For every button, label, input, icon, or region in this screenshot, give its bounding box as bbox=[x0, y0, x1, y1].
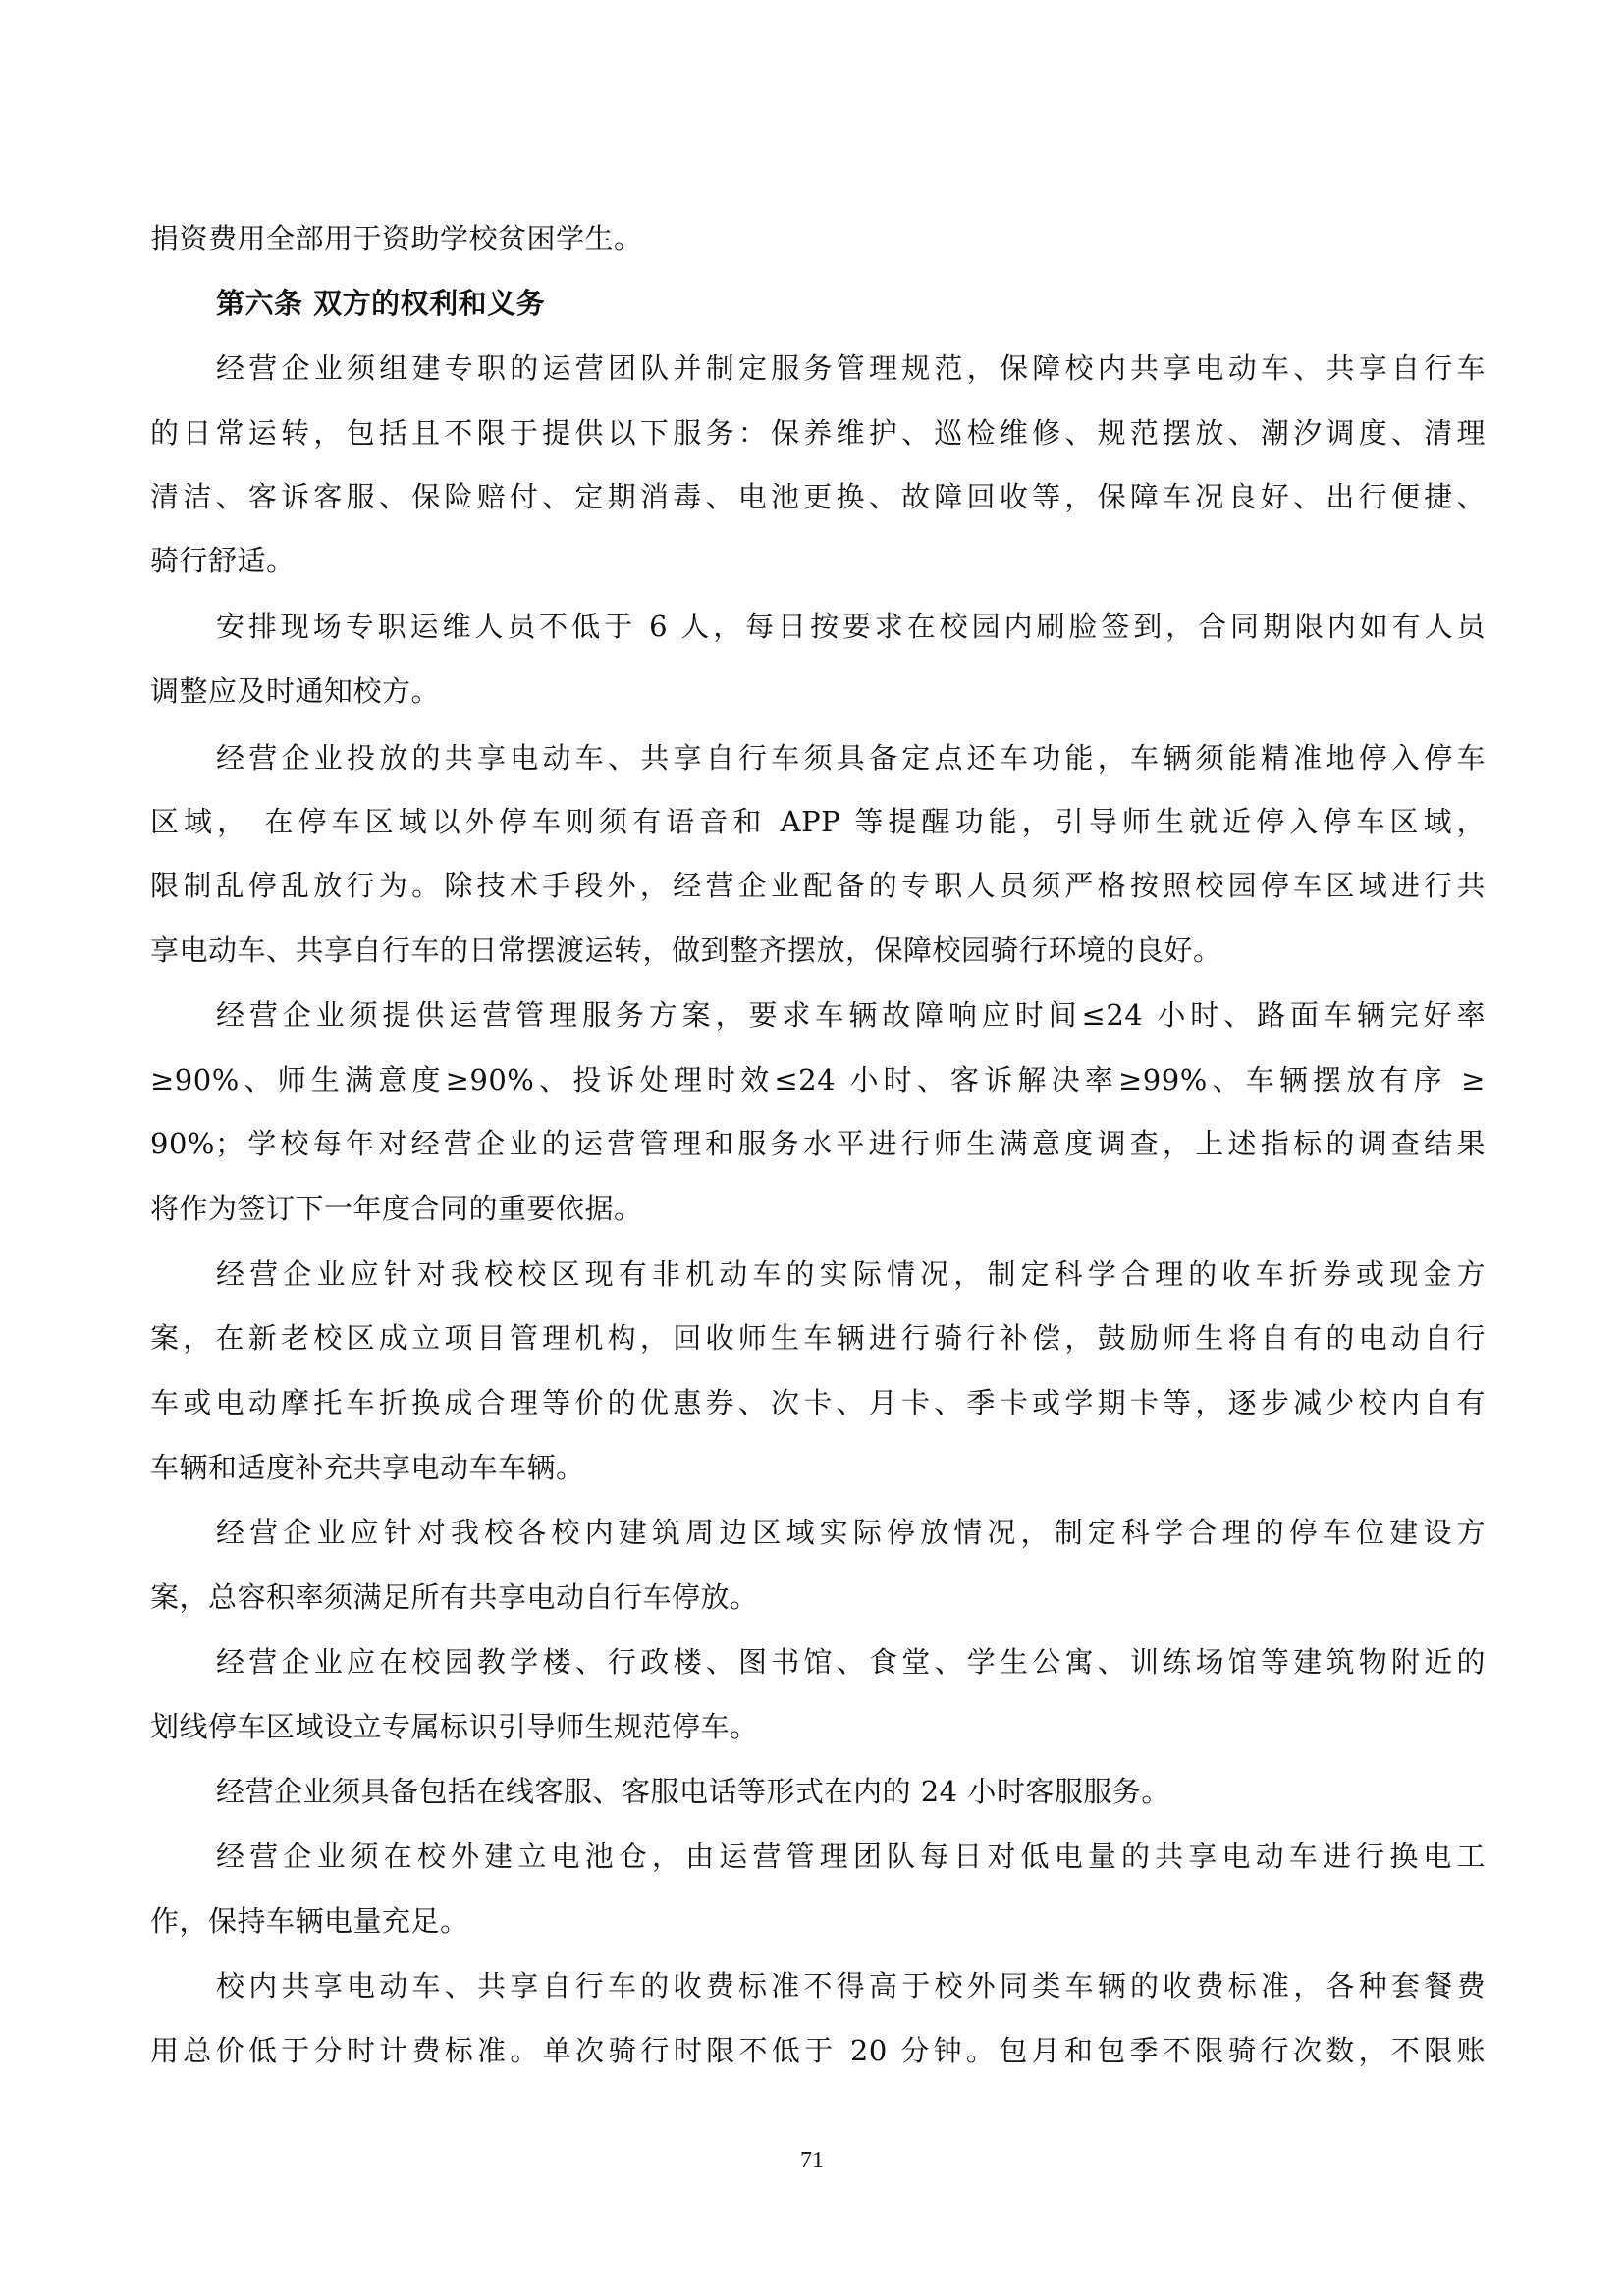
section-heading: 第六条 双方的权利和义务 bbox=[216, 284, 545, 323]
paragraph-line: 经营企业投放的共享电动车、共享自行车须具备定点还车功能，车辆须能精准地停入停车 bbox=[216, 738, 1486, 777]
paragraph-line: 经营企业须组建专职的运营团队并制定服务管理规范，保障校内共享电动车、共享自行车 bbox=[216, 348, 1486, 388]
paragraph-line: 案，在新老校区成立项目管理机构，回收师生车辆进行骑行补偿，鼓励师生将自有的电动自… bbox=[150, 1318, 1486, 1358]
paragraph-line: 区域， 在停车区域以外停车则须有语音和 APP 等提醒功能，引导师生就近停入停车… bbox=[150, 802, 1486, 841]
paragraph-line: 案，总容积率须满足所有共享电动自行车停放。 bbox=[150, 1577, 1486, 1617]
paragraph-line: 经营企业应在校园教学楼、行政楼、图书馆、食堂、学生公寓、训练场馆等建筑物附近的 bbox=[216, 1642, 1486, 1682]
paragraph-line: 经营企业应针对我校校区现有非机动车的实际情况，制定科学合理的收车折券或现金方 bbox=[216, 1255, 1486, 1294]
document-page: 捐资费用全部用于资助学校贫困学生。 第六条 双方的权利和义务 经营企业须组建专职… bbox=[0, 0, 1624, 2296]
page-number: 71 bbox=[0, 2148, 1624, 2174]
paragraph-line: 将作为签订下一年度合同的重要依据。 bbox=[150, 1189, 1486, 1228]
paragraph-line: 划线停车区域设立专属标识引导师生规范停车。 bbox=[150, 1707, 1486, 1746]
paragraph-line: 作，保持车辆电量充足。 bbox=[150, 1901, 1486, 1941]
paragraph-line: ≥90%、师生满意度≥90%、投诉处理时效≤24 小时、客诉解决率≥99%、车辆… bbox=[150, 1060, 1486, 1099]
paragraph-line: 安排现场专职运维人员不低于 6 人，每日按要求在校园内刷脸签到，合同期限内如有人… bbox=[216, 607, 1486, 646]
paragraph-line: 车辆和适度补充共享电动车车辆。 bbox=[150, 1448, 1486, 1487]
paragraph-line: 经营企业须在校外建立电池仓，由运营管理团队每日对低电量的共享电动车进行换电工 bbox=[216, 1837, 1486, 1876]
paragraph-line: 清洁、客诉客服、保险赔付、定期消毒、电池更换、故障回收等，保障车况良好、出行便捷… bbox=[150, 477, 1486, 516]
paragraph-line: 骑行舒适。 bbox=[150, 541, 1486, 580]
paragraph-line: 的日常运转，包括且不限于提供以下服务：保养维护、巡检维修、规范摆放、潮汐调度、清… bbox=[150, 413, 1486, 453]
paragraph-line: 调整应及时通知校方。 bbox=[150, 671, 1486, 711]
paragraph-line: 校内共享电动车、共享自行车的收费标准不得高于校外同类车辆的收费标准，各种套餐费 bbox=[216, 1966, 1486, 2005]
paragraph-line: 90%；学校每年对经营企业的运营管理和服务水平进行师生满意度调查，上述指标的调查… bbox=[150, 1124, 1486, 1163]
paragraph-line: 用总价低于分时计费标准。单次骑行时限不低于 20 分钟。包月和包季不限骑行次数，… bbox=[150, 2031, 1486, 2070]
paragraph-line: 捐资费用全部用于资助学校贫困学生。 bbox=[150, 219, 1486, 258]
paragraph-line: 经营企业须提供运营管理服务方案，要求车辆故障响应时间≤24 小时、路面车辆完好率 bbox=[216, 995, 1486, 1035]
paragraph-line: 限制乱停乱放行为。除技术手段外，经营企业配备的专职人员须严格按照校园停车区域进行… bbox=[150, 866, 1486, 905]
paragraph-line: 经营企业应针对我校各校内建筑周边区域实际停放情况，制定科学合理的停车位建设方 bbox=[216, 1513, 1486, 1552]
paragraph-line: 享电动车、共享自行车的日常摆渡运转，做到整齐摆放，保障校园骑行环境的良好。 bbox=[150, 931, 1486, 970]
paragraph-line: 经营企业须具备包括在线客服、客服电话等形式在内的 24 小时客服服务。 bbox=[216, 1772, 1551, 1811]
paragraph-line: 车或电动摩托车折换成合理等价的优惠券、次卡、月卡、季卡或学期卡等，逐步减少校内自… bbox=[150, 1383, 1486, 1422]
